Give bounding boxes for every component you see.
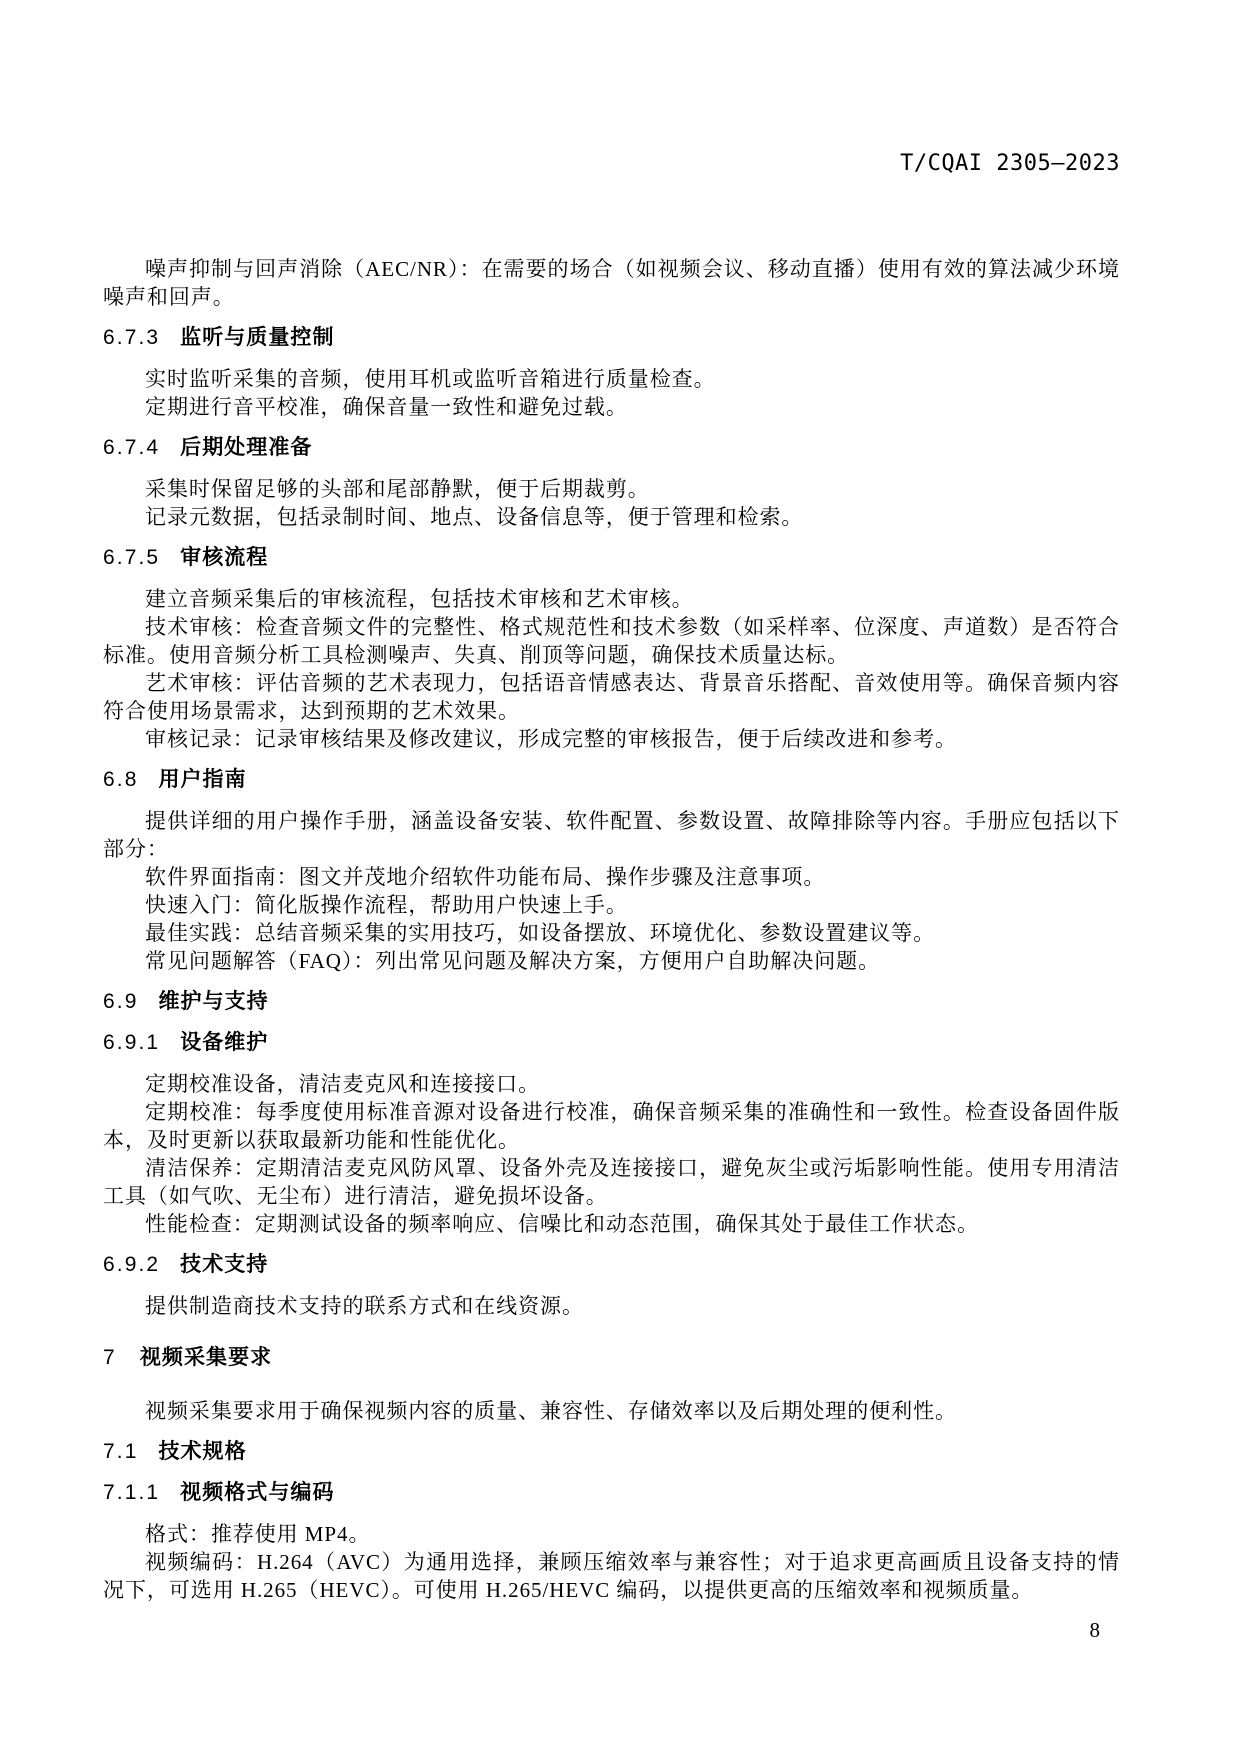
paragraph: 格式：推荐使用 MP4。 [103, 1520, 1120, 1548]
paragraph: 快速入门：简化版操作流程，帮助用户快速上手。 [103, 891, 1120, 919]
heading-number: 7 [103, 1346, 117, 1369]
paragraph: 实时监听采集的音频，使用耳机或监听音箱进行质量检查。 [103, 365, 1120, 393]
section-heading: 7.1技术规格 [103, 1438, 1120, 1466]
heading-title: 技术支持 [180, 1253, 268, 1276]
paragraph: 审核记录：记录审核结果及修改建议，形成完整的审核报告，便于后续改进和参考。 [103, 725, 1120, 753]
paragraph: 提供制造商技术支持的联系方式和在线资源。 [103, 1292, 1120, 1320]
paragraph: 清洁保养：定期清洁麦克风防风罩、设备外壳及连接接口，避免灰尘或污垢影响性能。使用… [103, 1154, 1120, 1210]
paragraph: 采集时保留足够的头部和尾部静默，便于后期裁剪。 [103, 475, 1120, 503]
document-content: T/CQAI 2305—2023 噪声抑制与回声消除（AEC/NR）：在需要的场… [103, 150, 1120, 1604]
heading-number: 6.7.5 [103, 546, 160, 569]
paragraph: 定期进行音平校准，确保音量一致性和避免过载。 [103, 393, 1120, 421]
paragraph: 视频采集要求用于确保视频内容的质量、兼容性、存储效率以及后期处理的便利性。 [103, 1397, 1120, 1425]
heading-title: 视频格式与编码 [180, 1481, 334, 1504]
heading-number: 6.7.3 [103, 326, 160, 349]
paragraph: 常见问题解答（FAQ）：列出常见问题及解决方案，方便用户自助解决问题。 [103, 947, 1120, 975]
doc-code: T/CQAI 2305—2023 [103, 150, 1120, 178]
heading-title: 后期处理准备 [180, 436, 312, 459]
document-page: T/CQAI 2305—2023 噪声抑制与回声消除（AEC/NR）：在需要的场… [0, 0, 1241, 1754]
heading-number: 7.1 [103, 1440, 139, 1463]
page-number: 8 [1090, 1616, 1101, 1644]
paragraph: 提供详细的用户操作手册，涵盖设备安装、软件配置、参数设置、故障排除等内容。手册应… [103, 807, 1120, 863]
heading-number: 6.8 [103, 768, 139, 791]
section-heading: 6.9维护与支持 [103, 988, 1120, 1016]
heading-title: 监听与质量控制 [180, 326, 334, 349]
paragraph: 软件界面指南：图文并茂地介绍软件功能布局、操作步骤及注意事项。 [103, 863, 1120, 891]
heading-number: 6.9.1 [103, 1031, 160, 1054]
heading-title: 设备维护 [180, 1031, 268, 1054]
heading-title: 用户指南 [158, 768, 246, 791]
heading-title: 视频采集要求 [140, 1346, 272, 1369]
paragraph: 记录元数据，包括录制时间、地点、设备信息等，便于管理和检索。 [103, 503, 1120, 531]
paragraph: 噪声抑制与回声消除（AEC/NR）：在需要的场合（如视频会议、移动直播）使用有效… [103, 255, 1120, 311]
paragraph: 定期校准设备，清洁麦克风和连接接口。 [103, 1070, 1120, 1098]
paragraph: 最佳实践：总结音频采集的实用技巧，如设备摆放、环境优化、参数设置建议等。 [103, 919, 1120, 947]
paragraph: 建立音频采集后的审核流程，包括技术审核和艺术审核。 [103, 585, 1120, 613]
heading-number: 6.7.4 [103, 436, 160, 459]
document-body: 噪声抑制与回声消除（AEC/NR）：在需要的场合（如视频会议、移动直播）使用有效… [103, 255, 1120, 1604]
section-heading: 6.8用户指南 [103, 766, 1120, 794]
section-heading: 6.7.5审核流程 [103, 544, 1120, 572]
paragraph: 艺术审核：评估音频的艺术表现力，包括语音情感表达、背景音乐搭配、音效使用等。确保… [103, 669, 1120, 725]
paragraph: 视频编码：H.264（AVC）为通用选择，兼顾压缩效率与兼容性；对于追求更高画质… [103, 1548, 1120, 1604]
section-heading: 6.9.2技术支持 [103, 1251, 1120, 1279]
section-heading: 7视频采集要求 [103, 1344, 1120, 1372]
heading-number: 6.9.2 [103, 1253, 160, 1276]
heading-title: 技术规格 [158, 1440, 246, 1463]
heading-number: 6.9 [103, 990, 139, 1013]
paragraph: 性能检查：定期测试设备的频率响应、信噪比和动态范围，确保其处于最佳工作状态。 [103, 1210, 1120, 1238]
section-heading: 6.7.3监听与质量控制 [103, 324, 1120, 352]
section-heading: 7.1.1视频格式与编码 [103, 1479, 1120, 1507]
heading-title: 审核流程 [180, 546, 268, 569]
section-heading: 6.9.1设备维护 [103, 1029, 1120, 1057]
section-heading: 6.7.4后期处理准备 [103, 434, 1120, 462]
paragraph: 技术审核：检查音频文件的完整性、格式规范性和技术参数（如采样率、位深度、声道数）… [103, 613, 1120, 669]
heading-number: 7.1.1 [103, 1481, 160, 1504]
paragraph: 定期校准：每季度使用标准音源对设备进行校准，确保音频采集的准确性和一致性。检查设… [103, 1098, 1120, 1154]
heading-title: 维护与支持 [158, 990, 268, 1013]
